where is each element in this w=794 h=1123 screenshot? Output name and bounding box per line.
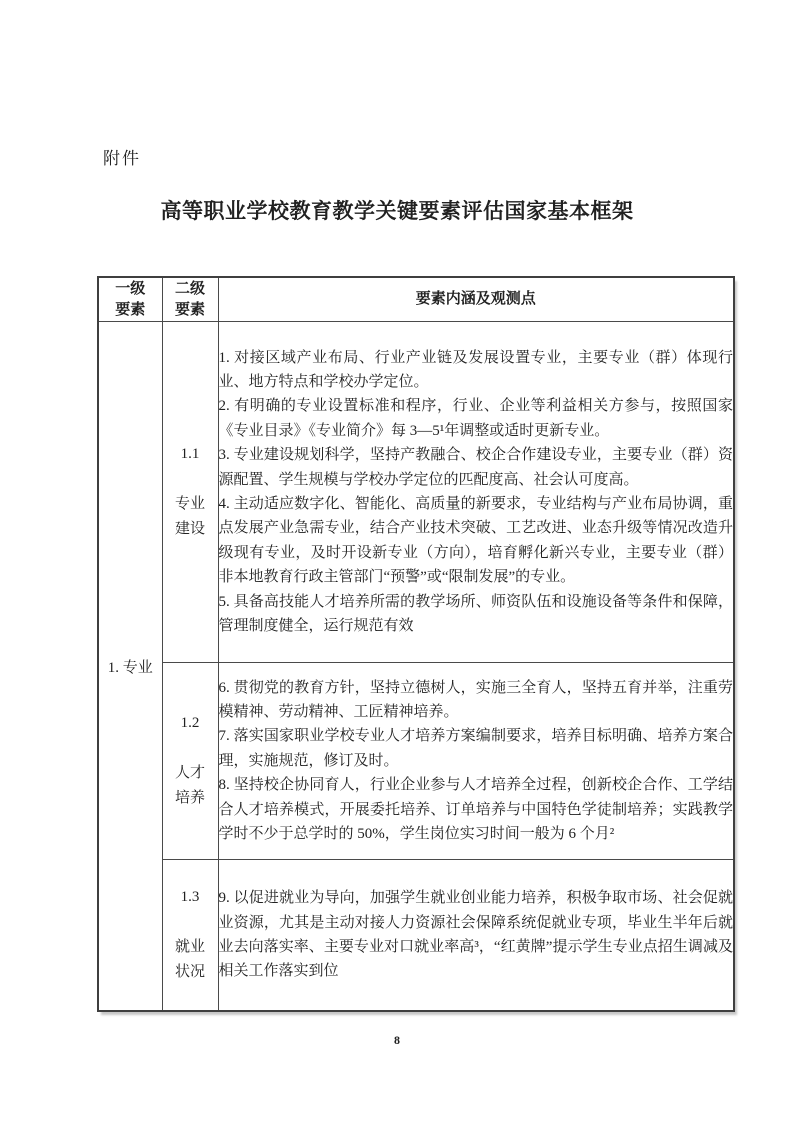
content-cell-1-2: 6. 贯彻党的教育方针，坚持立德树人，实施三全育人，坚持五育并举，注重劳模精神、… — [218, 663, 734, 860]
content-item: 1. 对接区域产业布局、行业产业链及发展设置专业，主要专业（群）体现行业、地方特… — [219, 346, 734, 395]
page-number: 8 — [0, 1033, 794, 1048]
content-item: 7. 落实国家职业学校专业人才培养方案编制要求，培养目标明确、培养方案合理，实施… — [219, 724, 734, 773]
document-page: 附件 高等职业学校教育教学关键要素评估国家基本框架 一级 要素 二级 要素 要素… — [0, 0, 794, 1123]
content-item: 5. 具备高技能人才培养所需的教学场所、师资队伍和设施设备等条件和保障，管理制度… — [219, 590, 734, 639]
table-container: 一级 要素 二级 要素 要素内涵及观测点 1. 专业 1.1 专业 建设 1. … — [97, 276, 735, 1012]
level2-cell-1-3: 1.3 就业 状况 — [162, 860, 218, 1012]
document-title: 高等职业学校教育教学关键要素评估国家基本框架 — [0, 195, 794, 225]
assessment-table: 一级 要素 二级 要素 要素内涵及观测点 1. 专业 1.1 专业 建设 1. … — [97, 276, 735, 1012]
table-row-1-2: 1.2 人才 培养 6. 贯彻党的教育方针，坚持立德树人，实施三全育人，坚持五育… — [98, 663, 734, 860]
content-item: 4. 主动适应数字化、智能化、高质量的新要求，专业结构与产业布局协调，重点发展产… — [219, 492, 734, 590]
level2-cell-1-2: 1.2 人才 培养 — [162, 663, 218, 860]
level2-name: 人才 培养 — [163, 761, 218, 811]
table-header-row: 一级 要素 二级 要素 要素内涵及观测点 — [98, 277, 734, 322]
level2-name: 就业 状况 — [163, 935, 218, 985]
level1-cell: 1. 专业 — [98, 322, 162, 1012]
content-item: 9. 以促进就业为导向，加强学生就业创业能力培养，积极争取市场、社会促就业资源，… — [219, 886, 734, 984]
level2-name: 专业 建设 — [163, 492, 218, 542]
content-item: 6. 贯彻党的教育方针，坚持立德树人，实施三全育人，坚持五育并举，注重劳模精神、… — [219, 676, 734, 725]
content-cell-1-1: 1. 对接区域产业布局、行业产业链及发展设置专业，主要专业（群）体现行业、地方特… — [218, 322, 734, 663]
header-cell-content: 要素内涵及观测点 — [218, 277, 734, 322]
level2-code: 1.3 — [163, 885, 218, 910]
header-cell-level1: 一级 要素 — [98, 277, 162, 322]
content-item: 3. 专业建设规划科学，坚持产教融合、校企合作建设专业，主要专业（群）资源配置、… — [219, 443, 734, 492]
content-cell-1-3: 9. 以促进就业为导向，加强学生就业创业能力培养，积极争取市场、社会促就业资源，… — [218, 860, 734, 1012]
header-cell-level2: 二级 要素 — [162, 277, 218, 322]
level2-cell-1-1: 1.1 专业 建设 — [162, 322, 218, 663]
level2-code: 1.2 — [163, 711, 218, 736]
table-row-1-1: 1. 专业 1.1 专业 建设 1. 对接区域产业布局、行业产业链及发展设置专业… — [98, 322, 734, 663]
attachment-label: 附件 — [103, 144, 141, 169]
level2-code: 1.1 — [163, 442, 218, 467]
table-row-1-3: 1.3 就业 状况 9. 以促进就业为导向，加强学生就业创业能力培养，积极争取市… — [98, 860, 734, 1012]
content-item: 2. 有明确的专业设置标准和程序，行业、企业等利益相关方参与，按照国家《专业目录… — [219, 394, 734, 443]
content-item: 8. 坚持校企协同育人，行业企业参与人才培养全过程，创新校企合作、工学结合人才培… — [219, 773, 734, 846]
